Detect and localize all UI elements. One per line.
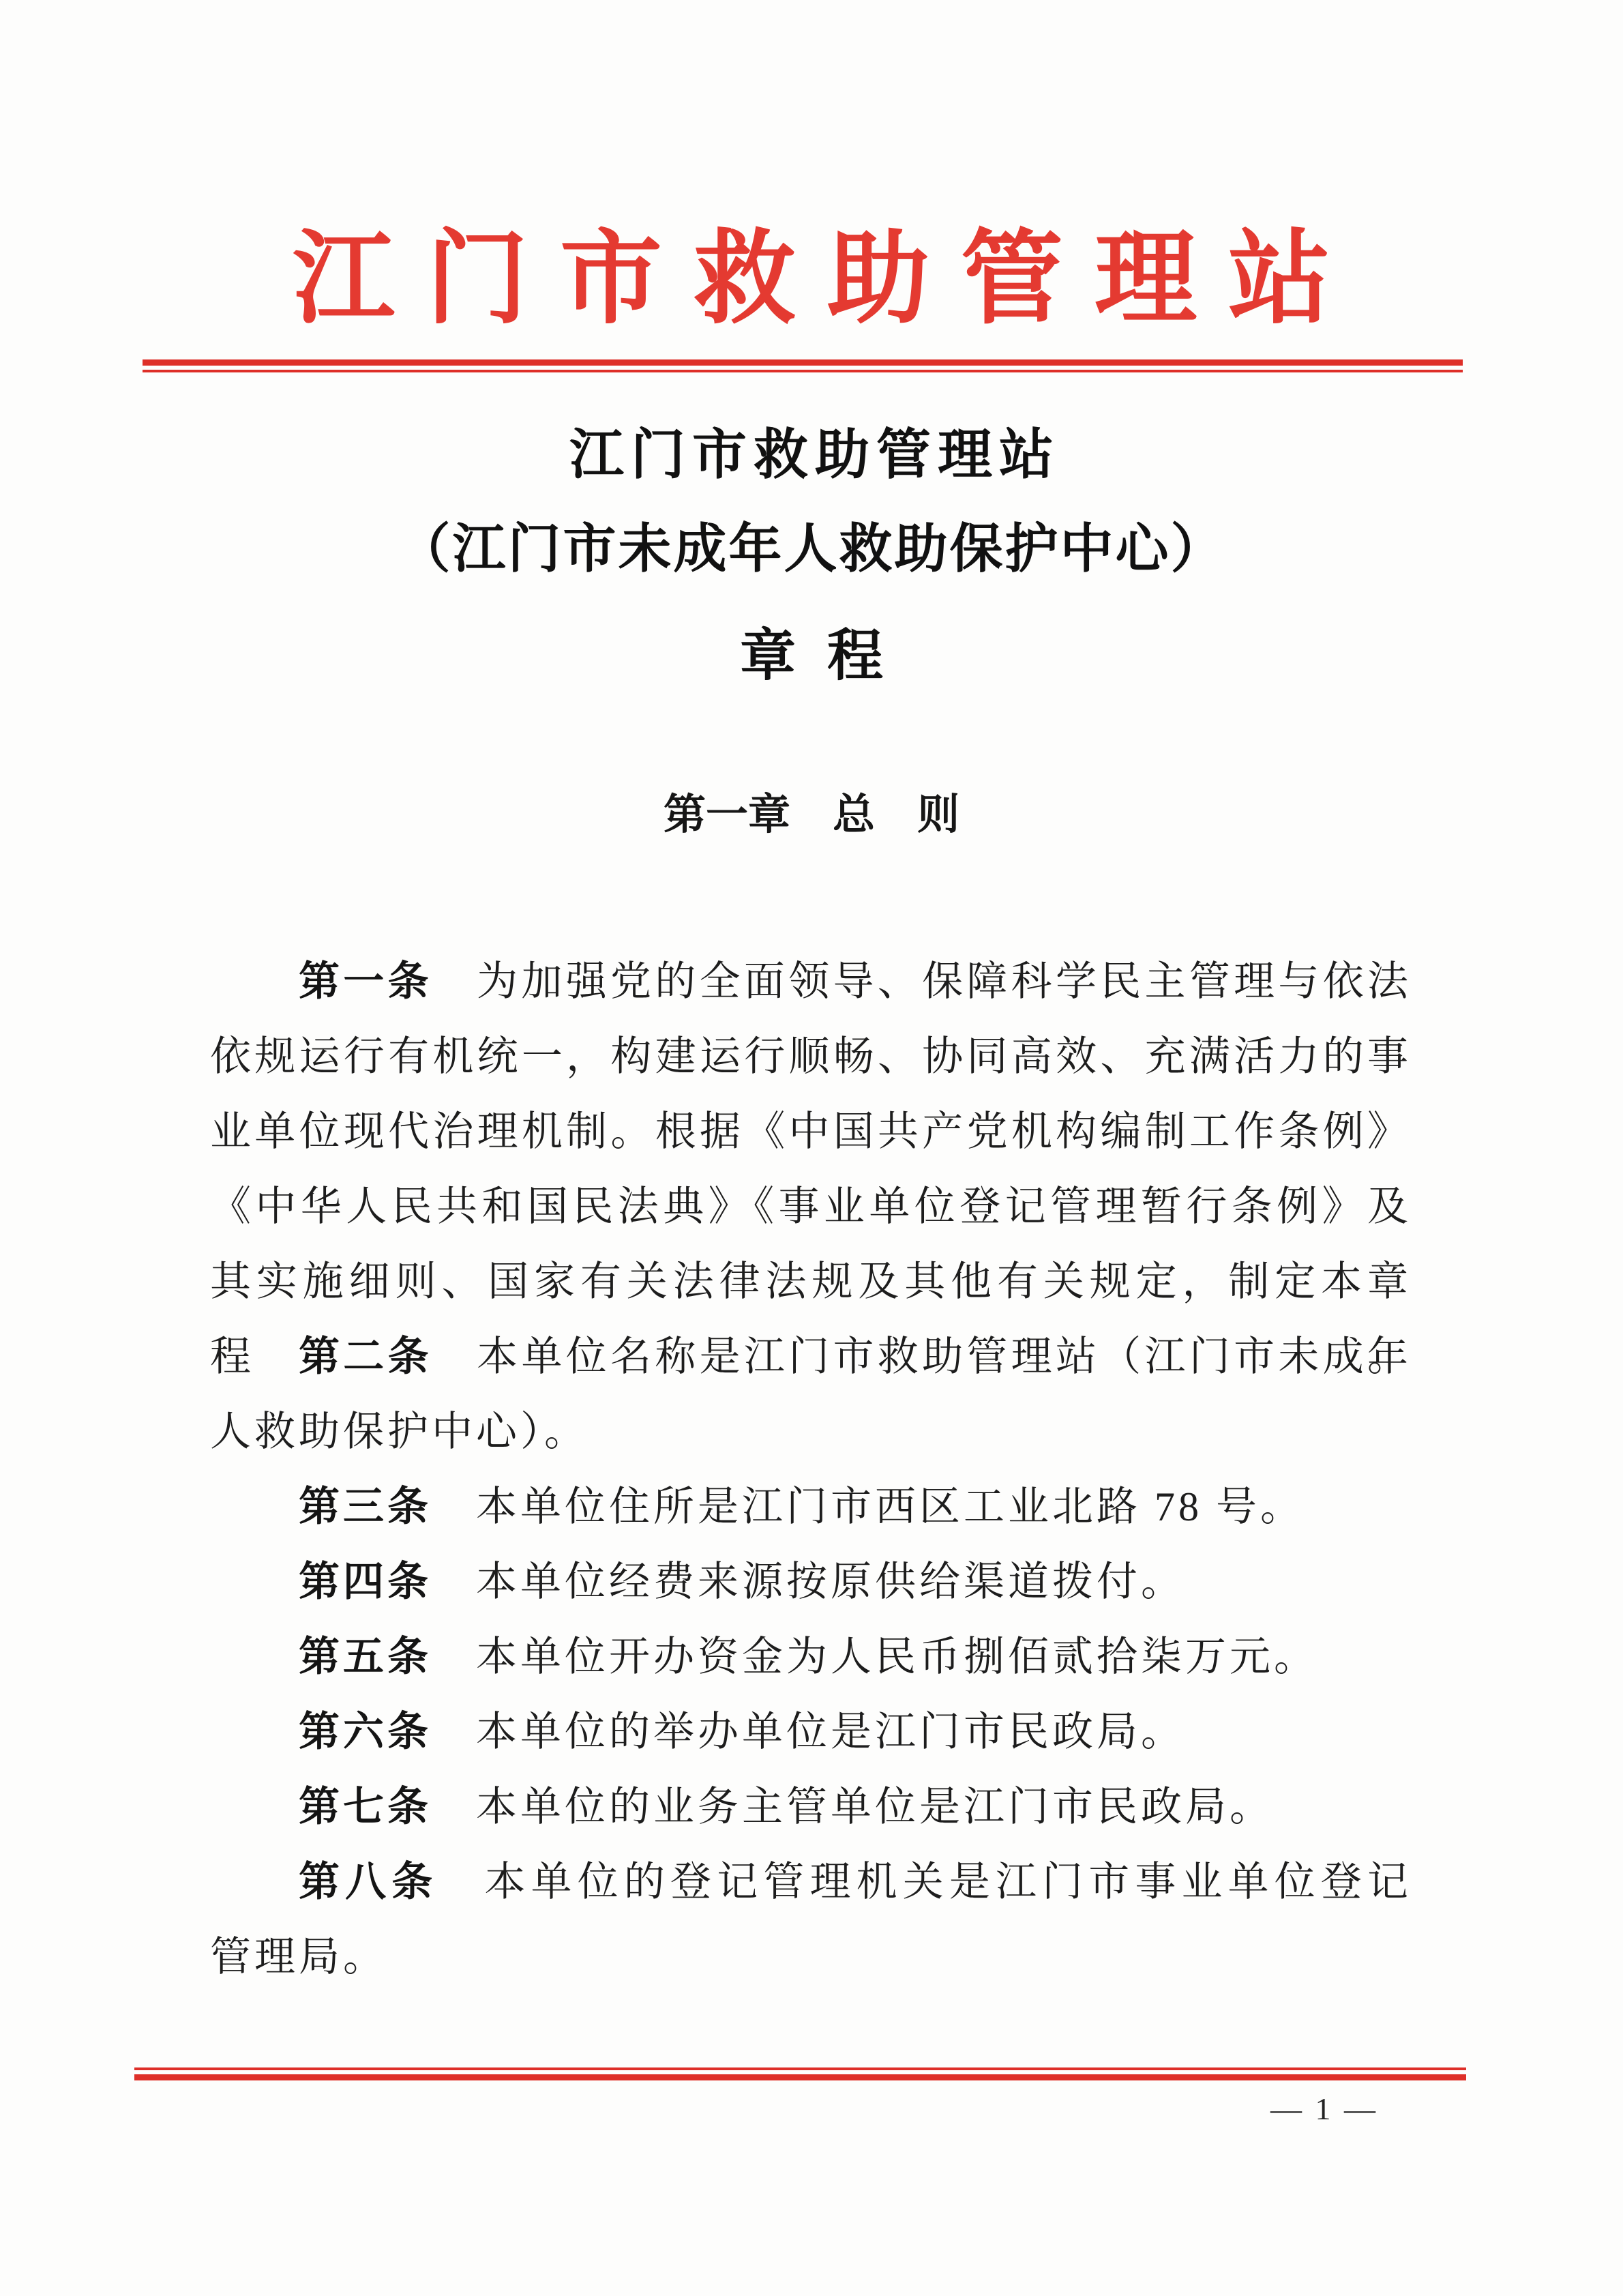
article-body: 第一条 为加强党的全面领导、保障科学民主管理与依法 依规运行有机统一，构建运行顺…: [210, 944, 1412, 1995]
article-number: 第一条: [299, 958, 432, 1004]
article-number: 第二条: [299, 1334, 432, 1379]
article-text: 人救助保护中心）。: [210, 1409, 589, 1454]
footer-double-rule: [134, 2067, 1466, 2080]
body-line: 《中华人民共和国民法典》《事业单位登记管理暂行条例》及: [210, 1169, 1412, 1244]
article-number: 第七条: [299, 1784, 432, 1829]
article-text: 本单位经费来源按原供给渠道拨付。: [432, 1559, 1185, 1604]
article-text: 本单位住所是江门市西区工业北路 78 号。: [432, 1484, 1305, 1529]
page-number: — 1 —: [1242, 2090, 1406, 2128]
body-line: 管理局。: [210, 1919, 1412, 1995]
article-text: 管理局。: [210, 1934, 387, 1979]
article-text: 本单位的登记管理机关是江门市事业单位登记: [438, 1859, 1412, 1904]
doc-title-line1: 江门市救助管理站: [0, 422, 1623, 490]
body-line-article-2: 第二条 本单位名称是江门市救助管理站（江门市未成年: [210, 1319, 1412, 1394]
document-page: 江门市救助管理站 江门市救助管理站 （江门市未成年人救助保护中心） 章程 第一章…: [0, 0, 1623, 2296]
body-line-article-4: 第四条 本单位经费来源按原供给渠道拨付。: [210, 1544, 1412, 1619]
body-line-article-7: 第七条 本单位的业务主管单位是江门市民政局。: [210, 1769, 1412, 1844]
article-number: 第四条: [299, 1559, 432, 1604]
chapter-heading: 第一章 总 则: [0, 788, 1623, 842]
letterhead-title: 江门市救助管理站: [0, 229, 1623, 331]
article-text: 本单位的举办单位是江门市民政局。: [432, 1709, 1185, 1754]
body-line-article-3: 第三条 本单位住所是江门市西区工业北路 78 号。: [210, 1469, 1412, 1544]
article-text: 为加强党的全面领导、保障科学民主管理与依法: [432, 959, 1412, 1004]
body-line: 业单位现代治理机制。根据《中国共产党机构编制工作条例》: [210, 1094, 1412, 1169]
article-number: 第三条: [299, 1484, 432, 1529]
article-text: 业单位现代治理机制。根据《中国共产党机构编制工作条例》: [210, 1109, 1412, 1154]
body-line-article-5: 第五条 本单位开办资金为人民币捌佰贰拾柒万元。: [210, 1619, 1412, 1694]
article-text: 本单位开办资金为人民币捌佰贰拾柒万元。: [432, 1634, 1318, 1679]
article-text: 本单位的业务主管单位是江门市民政局。: [432, 1784, 1274, 1829]
article-number: 第六条: [299, 1709, 432, 1754]
body-line-article-1: 第一条 为加强党的全面领导、保障科学民主管理与依法: [210, 944, 1412, 1019]
article-text: 《中华人民共和国民法典》《事业单位登记管理暂行条例》及: [210, 1184, 1412, 1229]
body-line: 人救助保护中心）。: [210, 1394, 1412, 1469]
doc-title-line3: 章程: [0, 622, 1623, 690]
article-text: 本单位名称是江门市救助管理站（江门市未成年: [432, 1334, 1412, 1379]
article-text: 依规运行有机统一，构建运行顺畅、协同高效、充满活力的事: [210, 1034, 1412, 1079]
body-line: 依规运行有机统一，构建运行顺畅、协同高效、充满活力的事: [210, 1019, 1412, 1094]
body-line-article-8: 第八条 本单位的登记管理机关是江门市事业单位登记: [210, 1844, 1412, 1919]
letterhead-double-rule: [143, 359, 1463, 372]
article-number: 第五条: [299, 1634, 432, 1679]
doc-title-line2: （江门市未成年人救助保护中心）: [0, 515, 1623, 583]
body-line: 其实施细则、国家有关法律法规及其他有关规定，制定本章程。: [210, 1244, 1412, 1319]
body-line-article-6: 第六条 本单位的举办单位是江门市民政局。: [210, 1694, 1412, 1769]
article-number: 第八条: [299, 1859, 438, 1904]
